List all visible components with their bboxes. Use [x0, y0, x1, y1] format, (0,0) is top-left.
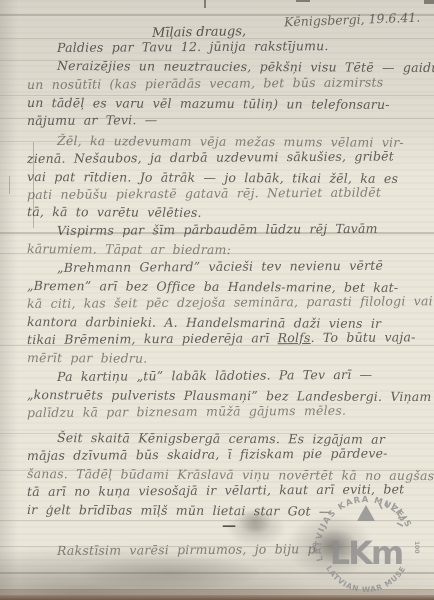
- handwriting-line: kārumiem. Tāpat ar biedram:: [27, 241, 231, 257]
- handwriting-line: Pa kartiņu „tū” labāk lādoties. Pa Tev a…: [57, 367, 372, 384]
- stamp-left-number: 100: [312, 542, 319, 555]
- handwriting-line: vai pat rītdien. Jo ātrāk — jo labāk, ti…: [27, 169, 398, 186]
- handwriting-line: mērīt par biedru.: [27, 350, 147, 366]
- handwriting-line: Rakstīsim varēsi pirmumos, jo biju p: [57, 541, 316, 558]
- handwriting-line: „Bremen” arī bez Office ba Handels-marin…: [27, 278, 398, 295]
- handwriting-line: Šeit skaitā Kēnigsbergā cerams. Es izgāj…: [57, 430, 385, 447]
- handwriting-line: Paldies par Tavu 12. jūnija rakstījumu.: [57, 38, 329, 55]
- line-text: tikai Brēmenim, kura piederēja arī: [27, 330, 278, 347]
- stamp-monogram: LKm: [330, 534, 403, 572]
- handwriting-line: pati nebūšu piekrastē gatavā rēj. Neturi…: [27, 185, 381, 202]
- handwriting-line: mājas dzīvumā būs skaidra, ī fiziskam pi…: [27, 445, 388, 463]
- stamp-right-number: 100: [413, 541, 420, 554]
- handwriting-line: tā, kā to varētu vēlēties.: [27, 204, 202, 220]
- handwriting-line: Neraizējies un neuztraucies, pēkšņi visu…: [57, 58, 434, 75]
- letter-scan-page: Kēnigsbergi, 19.6.41. Mīļais draugs, Pal…: [0, 0, 434, 600]
- handwriting-line: nājumu ar Tevi. —: [27, 112, 157, 128]
- handwriting-line: kā citi, kas šeit pēc dzejoša semināra, …: [27, 293, 433, 311]
- handwriting-line: kantora darbinieki. A. Handelsmarinā daž…: [27, 314, 381, 331]
- handwriting-line: zienā. Nešaubos, ja darbā uzdevumi sākuš…: [27, 148, 394, 166]
- handwriting-line: un nosūtīti (kas pierādās vecam, bet būs…: [27, 75, 383, 92]
- handwriting-line: Vispirms par šīm pārbaudēm lūdzu rēj Tav…: [57, 221, 378, 238]
- handwriting-line: Žēl, ka uzdevumam vēja mežas mums vēlami…: [57, 133, 404, 150]
- museum-stamp: LATVIJAS KARA MUZEJS LATVIAN WAR MUSEUM …: [300, 494, 432, 600]
- handwriting-line: „Brehmann Gerhard” vācieši tev nevienu v…: [57, 258, 383, 275]
- handwriting-line: palīdzu kā par biznesam mūžā gājums mēle…: [27, 403, 346, 420]
- line-text: . To būtu vaja-: [311, 329, 416, 345]
- separator-dash: —: [222, 518, 236, 534]
- handwriting-line: ir ģelt brīdības mīļš mūn lietai star Go…: [27, 502, 332, 519]
- handwriting-line: šanas. Tādēļ būdami Krāslavā viņu novērt…: [27, 466, 434, 483]
- underlined-word: Rolfs: [278, 330, 311, 345]
- handwriting-line: un tādēļ es varu vēl mazumu tūliņ) un te…: [27, 95, 390, 112]
- handwriting-line: tikai Brēmenim, kura piederēja arī Rolfs…: [27, 329, 416, 347]
- museum-stamp-svg: LATVIJAS KARA MUZEJS LATVIAN WAR MUSEUM …: [300, 494, 432, 600]
- stamp-tower-roof-icon: [357, 505, 375, 521]
- handwriting-line: „konstruēts pulverists Plausmaņi” bez La…: [27, 387, 432, 404]
